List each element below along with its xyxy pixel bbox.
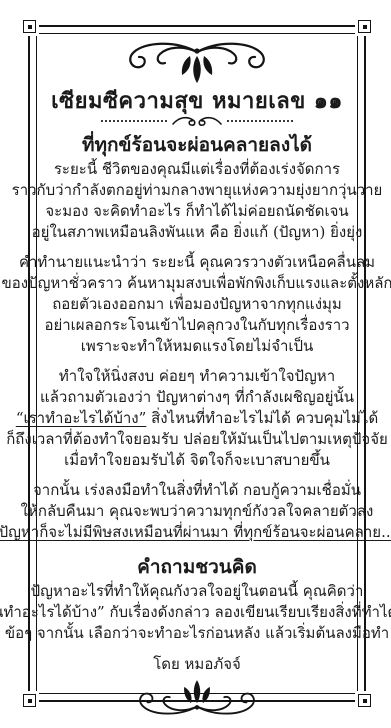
corner-ornament-icon — [20, 17, 39, 36]
text-line: เมื่อทำใจยอมรับได้ จิตใจก็จะเบาสบายขึ้น — [6, 450, 388, 471]
author-byline: โดย หมอภัจจ์ — [153, 654, 241, 674]
dotted-line — [101, 120, 167, 122]
flourish-bottom-icon — [122, 678, 272, 718]
underlined-quote: “เราทำอะไรได้บ้าง” — [16, 409, 146, 427]
text-line: จะมอง จะคิดทำอะไร ก็ทำได้ไม่ค่อยถนัดชัดเ… — [12, 201, 383, 222]
corner-ornament-icon — [355, 17, 374, 36]
corner-ornament-icon — [355, 691, 374, 710]
fortune-paragraph-3: ทำใจให้นิ่งสงบ ค่อยๆ ทำความเข้าใจปัญหา แ… — [6, 366, 388, 471]
text-line: ถอยตัวเองออกมา เพื่อมองปัญหาจากทุกแง่มุม — [2, 294, 391, 315]
decorative-frame: เซียมซีความสุข หมายเลข ๑๑ ที่ทุกข์ร้อนจะ… — [28, 25, 366, 702]
fortune-paragraph-1: ระยะนี้ ชีวิตของคุณมีแต่เรื่องที่ต้องเร่… — [12, 159, 383, 243]
twin-spiral-icon — [170, 113, 224, 129]
page-title: เซียมซีความสุข หมายเลข ๑๑ — [51, 87, 343, 115]
text-line: ระยะนี้ ชีวิตของคุณมีแต่เรื่องที่ต้องเร่… — [12, 159, 383, 180]
text-line: อยู่ในสภาพเหมือนลิงพันแห คือ ยิ่งแก้ (ปั… — [12, 222, 383, 243]
text-line: ทำใจให้นิ่งสงบ ค่อยๆ ทำความเข้าใจปัญหา — [6, 366, 388, 387]
text-line: ก็ถึงเวลาที่ต้องทำใจยอมรับ ปล่อยให้มันเป… — [6, 429, 388, 450]
text-line: “เราทำอะไรได้บ้าง” สิ่งไหนที่ทำอะไรไม่ได… — [6, 408, 388, 429]
question-heading: คำถามชวนคิด — [137, 555, 257, 579]
fortune-paragraph-2: คำทำนายแนะนำว่า ระยะนี้ คุณควรวางตัวเหนื… — [2, 252, 391, 357]
question-paragraph: ปัญหาอะไรที่ทำให้คุณกังวลใจอยู่ในตอนนี้ … — [0, 581, 391, 644]
text-line: ให้กลับคืนมา คุณจะพบว่าความทุกข์กังวลใจค… — [0, 501, 391, 522]
fortune-card-page: เซียมซีความสุข หมายเลข ๑๑ ที่ทุกข์ร้อนจะ… — [0, 0, 391, 728]
fortune-paragraph-4: จากนั้น เร่งลงมือทำในสิ่งที่ทำได้ กอบกู้… — [0, 480, 391, 543]
fortune-heading: ที่ทุกข์ร้อนจะผ่อนคลายลงได้ — [82, 133, 312, 157]
title-divider — [98, 113, 296, 129]
card-content: เซียมซีความสุข หมายเลข ๑๑ ที่ทุกข์ร้อนจะ… — [40, 37, 354, 690]
dotted-line — [227, 120, 293, 122]
text-line: ปัญหาอะไรที่ทำให้คุณกังวลใจอยู่ในตอนนี้ … — [0, 581, 391, 602]
text-line: จากนั้น เร่งลงมือทำในสิ่งที่ทำได้ กอบกู้… — [0, 480, 391, 501]
text-line: ของปัญหาชั่วคราว ค้นหามุมสงบเพื่อพักพิงเ… — [2, 273, 391, 294]
text-line: สิ่งไหนที่ทำอะไรไม่ได้ ควบคุมไม่ได้ — [146, 409, 378, 427]
text-line: แล้วถามตัวเองว่า ปัญหาต่างๆ ที่กำลังเผชิ… — [6, 387, 388, 408]
text-line: เพราะจะทำให้หมดแรงโดยไม่จำเป็น — [2, 336, 391, 357]
text-line: “คุณทำอะไรได้บ้าง” กับเรื่องดังกล่าว ลอง… — [0, 602, 391, 623]
underlined-conclusion: ปัญหาก็จะไม่มีพิษสงเหมือนที่ผ่านมา ที่ทุ… — [0, 522, 391, 543]
text-line: ราวกับว่ากำลังตกอยู่ท่ามกลางพายุแห่งความ… — [12, 180, 383, 201]
text-line: อย่าเผลอกระโจนเข้าไปคลุกวงในกับทุกเรื่อง… — [2, 315, 391, 336]
text-line: ข้อๆ จากนั้น เลือกว่าจะทำอะไรก่อนหลัง แล… — [0, 623, 391, 644]
text-line: คำทำนายแนะนำว่า ระยะนี้ คุณควรวางตัวเหนื… — [2, 252, 391, 273]
corner-ornament-icon — [20, 691, 39, 710]
flourish-top-icon — [109, 39, 285, 85]
